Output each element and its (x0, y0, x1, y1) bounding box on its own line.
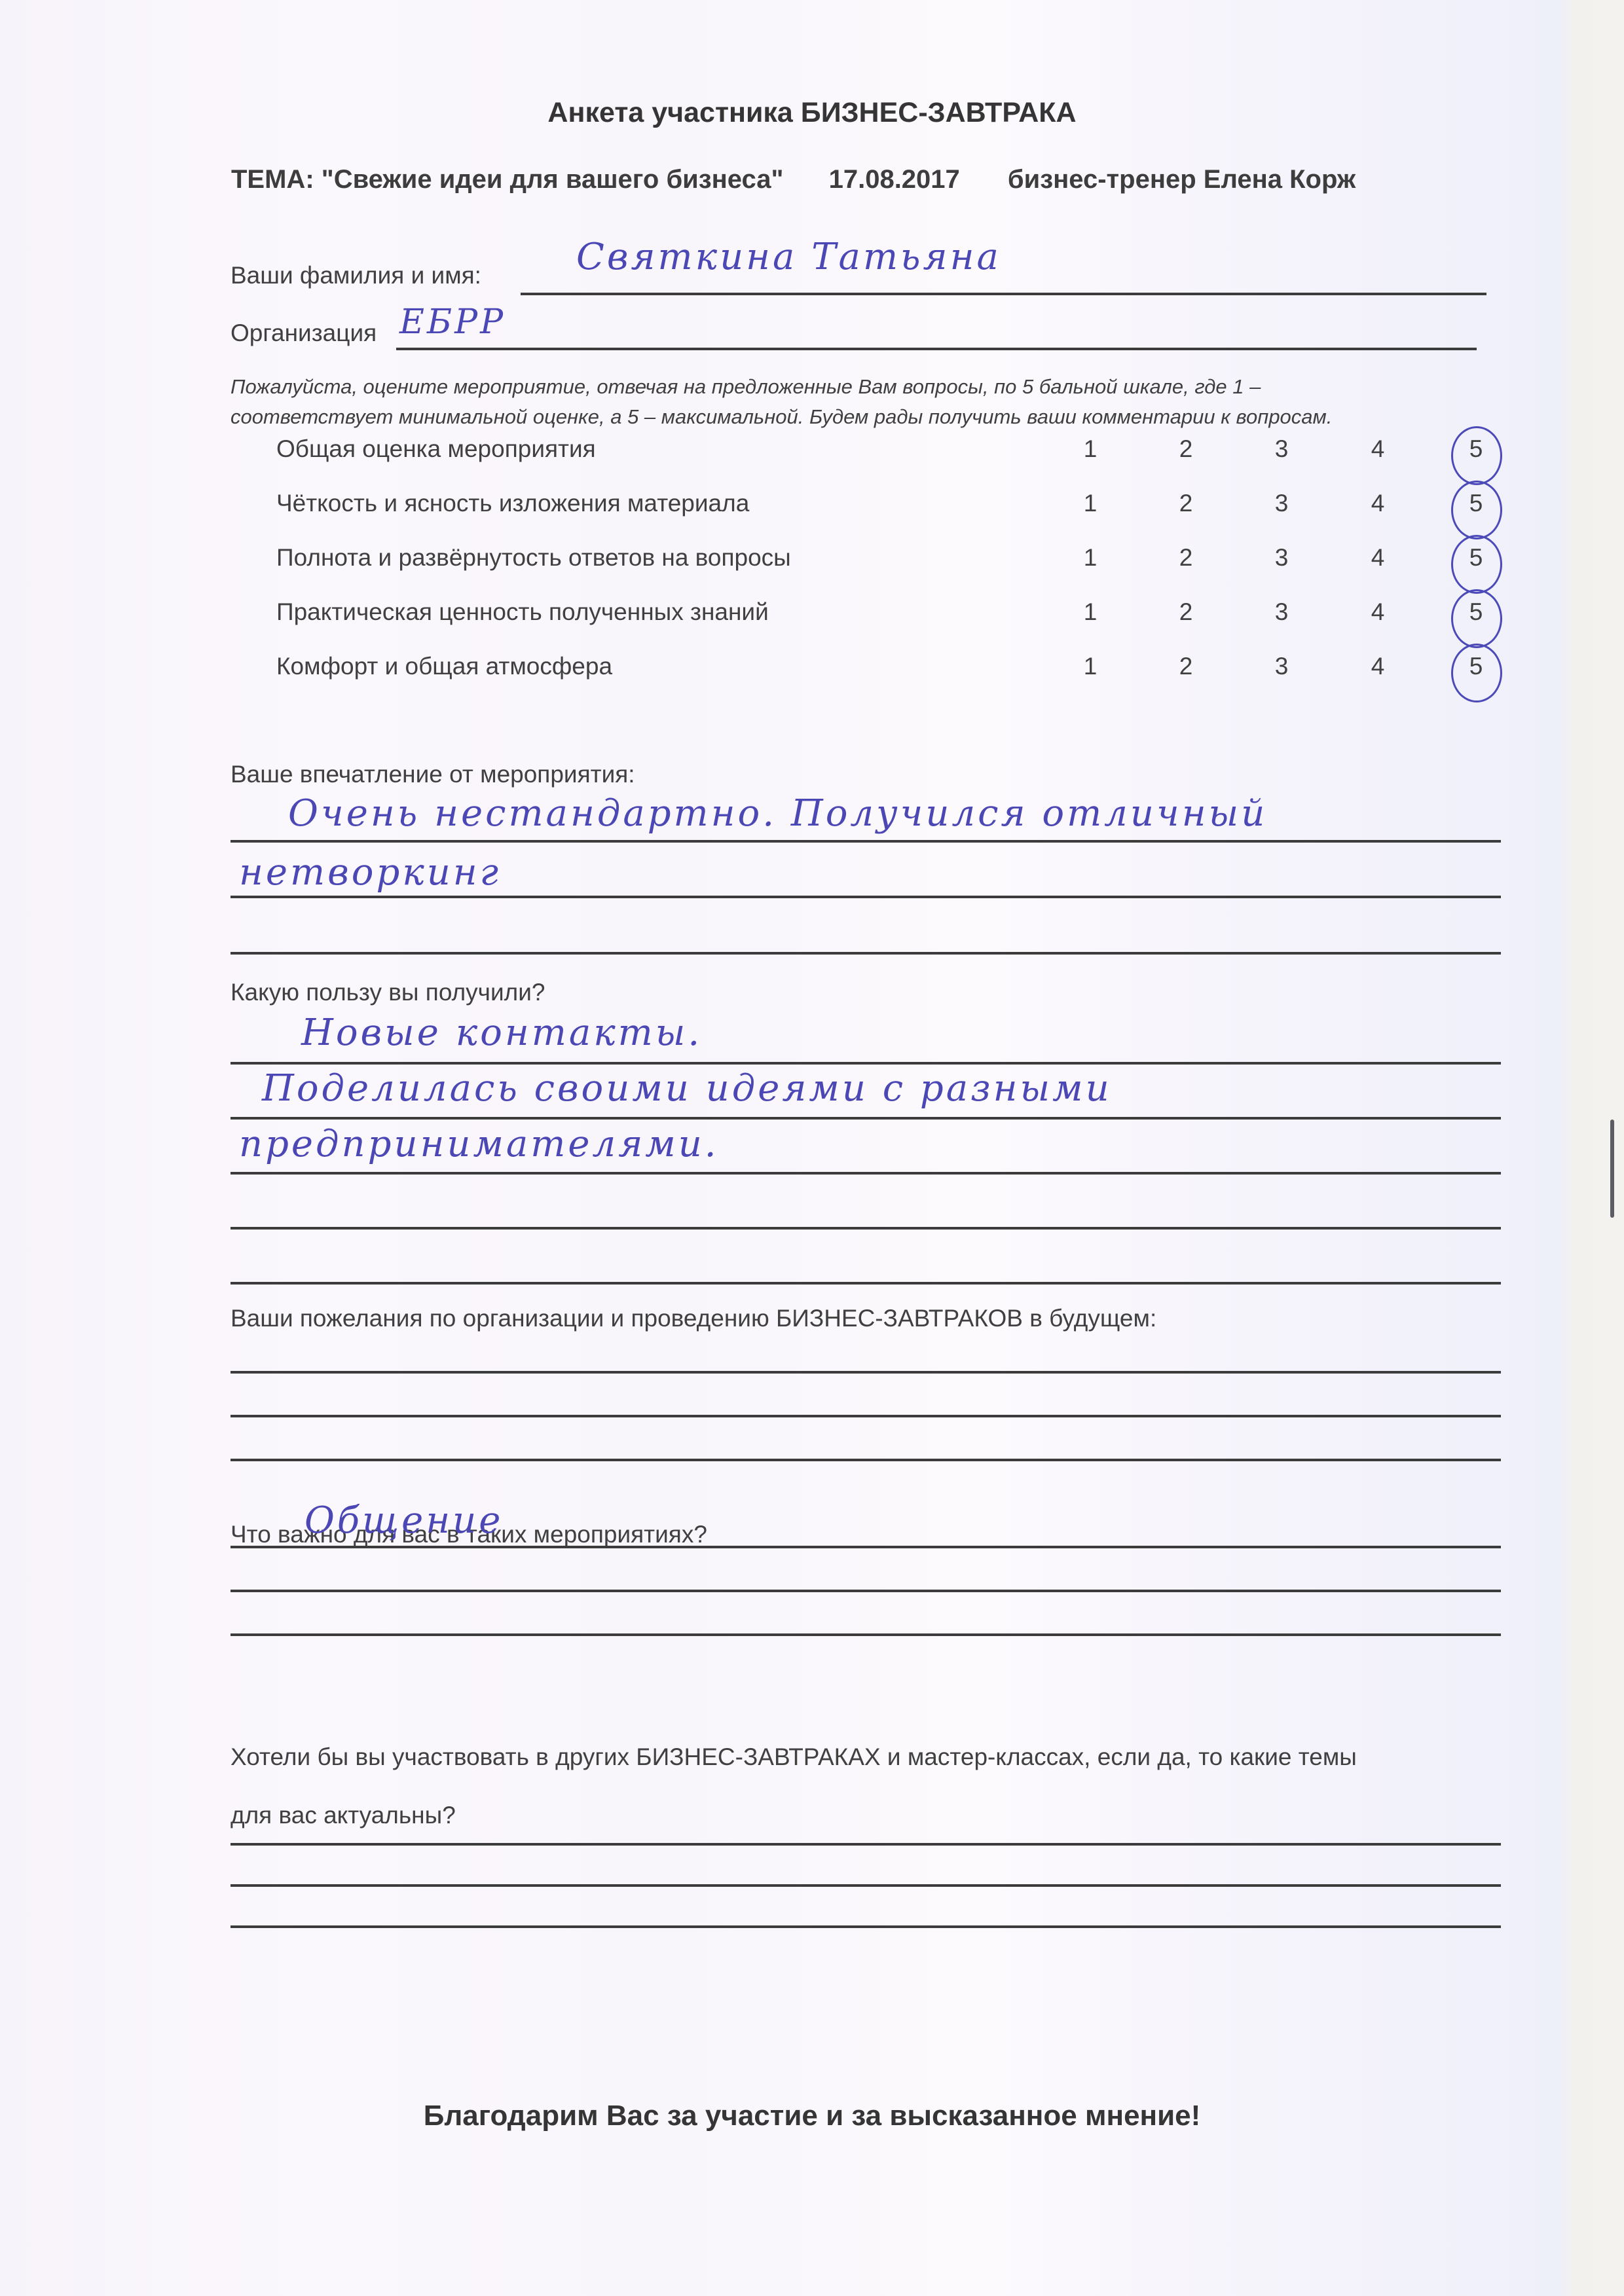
name-field[interactable]: Святкина Татьяна (576, 236, 1001, 278)
question-label: Хотели бы вы участвовать в других БИЗНЕС… (231, 1743, 1357, 1771)
answer-text[interactable]: Новые контакты. (301, 1011, 702, 1054)
org-label: Организация (231, 319, 377, 347)
rating-option-4[interactable]: 4 (1365, 653, 1391, 680)
thanks-message: Благодарим Вас за участие и за высказанн… (0, 2100, 1624, 2132)
answer-line (231, 952, 1501, 955)
name-label: Ваши фамилия и имя: (231, 262, 481, 289)
answer-line (231, 1172, 1501, 1175)
trainer: бизнес-тренер Елена Корж (1008, 165, 1356, 194)
answer-line (231, 1062, 1501, 1065)
answer-line (231, 1843, 1501, 1846)
topic: ТЕМА: "Свежие идеи для вашего бизнеса" (231, 165, 783, 194)
answer-line (231, 1371, 1501, 1374)
scan-edge-artifact (1610, 1120, 1614, 1218)
name-underline (521, 293, 1486, 295)
rating-option-1[interactable]: 1 (1077, 598, 1103, 626)
rating-option-3[interactable]: 3 (1268, 435, 1295, 463)
rating-option-1[interactable]: 1 (1077, 435, 1103, 463)
answer-text[interactable]: предпринимателями. (239, 1123, 719, 1165)
answer-text[interactable]: Поделилась своими идеями с разными (262, 1067, 1112, 1110)
rating-question: Общая оценка мероприятия (276, 435, 596, 463)
rating-row: Чёткость и ясность изложения материала12… (275, 490, 1545, 529)
rating-option-2[interactable]: 2 (1173, 544, 1199, 572)
rating-option-5[interactable]: 5 (1463, 490, 1489, 517)
answer-line (231, 1117, 1501, 1120)
rating-option-3[interactable]: 3 (1268, 490, 1295, 517)
answer-text[interactable]: Очень нестандартно. Получился отличный (288, 792, 1267, 835)
rating-option-2[interactable]: 2 (1173, 653, 1199, 680)
rating-option-5[interactable]: 5 (1463, 435, 1489, 463)
rating-option-3[interactable]: 3 (1268, 544, 1295, 572)
rating-option-2[interactable]: 2 (1173, 435, 1199, 463)
answer-text[interactable]: Общение (304, 1499, 503, 1542)
rating-option-4[interactable]: 4 (1365, 435, 1391, 463)
rating-option-1[interactable]: 1 (1077, 490, 1103, 517)
rating-row: Комфорт и общая атмосфера12345 (275, 653, 1545, 692)
question-label: Какую пользу вы получили? (231, 979, 545, 1006)
rating-option-5[interactable]: 5 (1463, 598, 1489, 626)
answer-line (231, 1633, 1501, 1636)
rating-option-3[interactable]: 3 (1268, 653, 1295, 680)
answer-line (231, 1282, 1501, 1285)
rating-option-2[interactable]: 2 (1173, 490, 1199, 517)
org-field[interactable]: ЕБРР (399, 302, 506, 342)
rating-question: Полнота и развёрнутость ответов на вопро… (276, 544, 791, 572)
rating-question: Практическая ценность полученных знаний (276, 598, 769, 626)
answer-line (231, 1415, 1501, 1417)
instructions-line-2: соответствует минимальной оценке, а 5 – … (231, 402, 1332, 432)
rating-option-2[interactable]: 2 (1173, 598, 1199, 626)
rating-option-4[interactable]: 4 (1365, 490, 1391, 517)
rating-option-5[interactable]: 5 (1463, 544, 1489, 572)
answer-line (231, 1884, 1501, 1887)
answer-line (231, 1546, 1501, 1548)
answer-text[interactable]: нетворкинг (239, 851, 501, 894)
rating-option-1[interactable]: 1 (1077, 653, 1103, 680)
rating-row: Общая оценка мероприятия12345 (275, 435, 1545, 475)
answer-line (231, 1590, 1501, 1592)
question-label: Ваше впечатление от мероприятия: (231, 761, 635, 788)
answer-line (231, 1227, 1501, 1230)
rating-question: Чёткость и ясность изложения материала (276, 490, 749, 517)
rating-row: Практическая ценность полученных знаний1… (275, 598, 1545, 638)
rating-question: Комфорт и общая атмосфера (276, 653, 612, 680)
rating-row: Полнота и развёрнутость ответов на вопро… (275, 544, 1545, 583)
event-date: 17.08.2017 (829, 165, 960, 194)
rating-option-4[interactable]: 4 (1365, 598, 1391, 626)
question-label: Ваши пожелания по организации и проведен… (231, 1305, 1156, 1332)
topic-line: ТЕМА: "Свежие идеи для вашего бизнеса" 1… (231, 165, 1356, 194)
rating-option-3[interactable]: 3 (1268, 598, 1295, 626)
rating-option-4[interactable]: 4 (1365, 544, 1391, 572)
answer-line (231, 1925, 1501, 1928)
answer-line (231, 896, 1501, 898)
rating-option-1[interactable]: 1 (1077, 544, 1103, 572)
question-label-cont: для вас актуальны? (231, 1802, 456, 1829)
form-title: Анкета участника БИЗНЕС-ЗАВТРАКА (0, 97, 1624, 129)
org-underline (396, 348, 1477, 350)
answer-line (231, 1459, 1501, 1461)
instructions-line-1: Пожалуйста, оцените мероприятие, отвечая… (231, 372, 1261, 402)
answer-line (231, 840, 1501, 843)
rating-option-5[interactable]: 5 (1463, 653, 1489, 680)
